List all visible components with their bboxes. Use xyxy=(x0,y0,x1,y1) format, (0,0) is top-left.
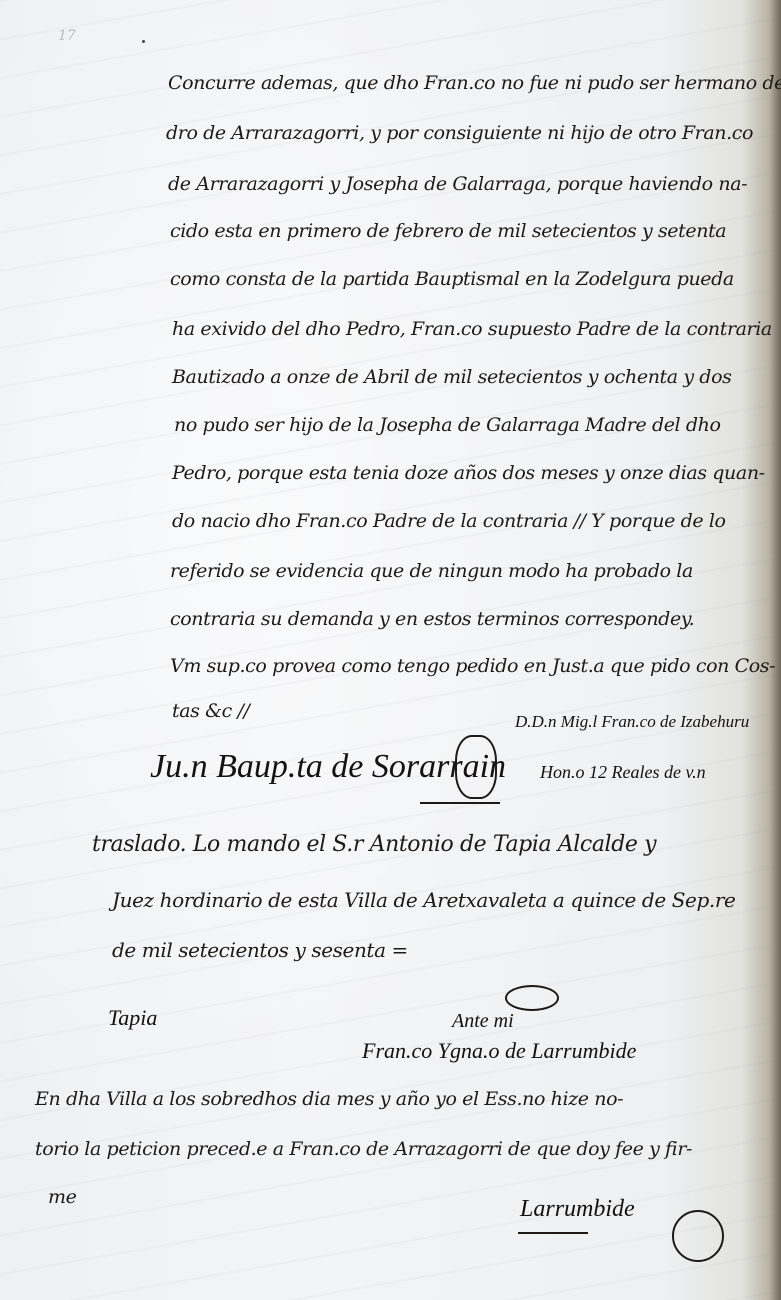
ante-mi-flourish xyxy=(505,985,559,1011)
body-line: Concurre ademas, que dho Fran.co no fue … xyxy=(168,72,781,94)
body-line: no pudo ser hijo de la Josepha de Galarr… xyxy=(174,414,721,436)
notification-line: En dha Villa a los sobredhos dia mes y a… xyxy=(35,1088,623,1110)
notary-signature: Fran.co Ygna.o de Larrumbide xyxy=(362,1038,636,1064)
body-line: Vm sup.co provea como tengo pedido en Ju… xyxy=(170,655,775,677)
decree-line: Juez hordinario de esta Villa de Aretxav… xyxy=(112,888,735,912)
petitioner-signature: Ju.n Baup.ta de Sorarrain xyxy=(150,748,506,786)
folio-mark: 17 xyxy=(58,28,76,44)
final-rubric xyxy=(672,1210,724,1262)
body-line: Bautizado a onze de Abril de mil setecie… xyxy=(172,366,731,388)
body-line: de Arrarazagorri y Josepha de Galarraga,… xyxy=(168,173,747,195)
body-line: cido esta en primero de febrero de mil s… xyxy=(170,220,726,242)
body-line: Pedro, porque esta tenia doze años dos m… xyxy=(172,462,765,484)
notification-line: me xyxy=(48,1186,76,1208)
body-line: referido se evidencia que de ningun modo… xyxy=(170,560,693,582)
body-line: ha exivido del dho Pedro, Fran.co supues… xyxy=(172,318,772,340)
ante-mi-label: Ante mi xyxy=(452,1010,514,1033)
margin-note-fee: Hon.o 12 Reales de v.n xyxy=(540,762,706,783)
final-signature-underline xyxy=(518,1232,588,1234)
decree-line: de mil setecientos y sesenta = xyxy=(112,938,408,962)
margin-note-lawyer: D.D.n Mig.l Fran.co de Izabehuru xyxy=(515,712,749,732)
body-line: como consta de la partida Bauptismal en … xyxy=(170,268,734,290)
manuscript-page: 17 Concurre ademas, que dho Fran.co no f… xyxy=(0,0,781,1300)
alcalde-signature: Tapia xyxy=(108,1005,157,1031)
final-signature: Larrumbide xyxy=(520,1196,635,1223)
body-line: do nacio dho Fran.co Padre de la contrar… xyxy=(172,510,726,532)
decree-line: traslado. Lo mando el S.r Antonio de Tap… xyxy=(92,832,656,857)
body-line: contraria su demanda y en estos terminos… xyxy=(170,608,694,630)
notification-line: torio la peticion preced.e a Fran.co de … xyxy=(35,1138,692,1160)
signature-rubric xyxy=(455,735,497,799)
body-line: dro de Arrarazagorri, y por consiguiente… xyxy=(166,122,753,144)
ink-dot xyxy=(142,40,145,43)
body-line: tas &c // xyxy=(172,700,250,722)
signature-underline xyxy=(420,802,500,804)
